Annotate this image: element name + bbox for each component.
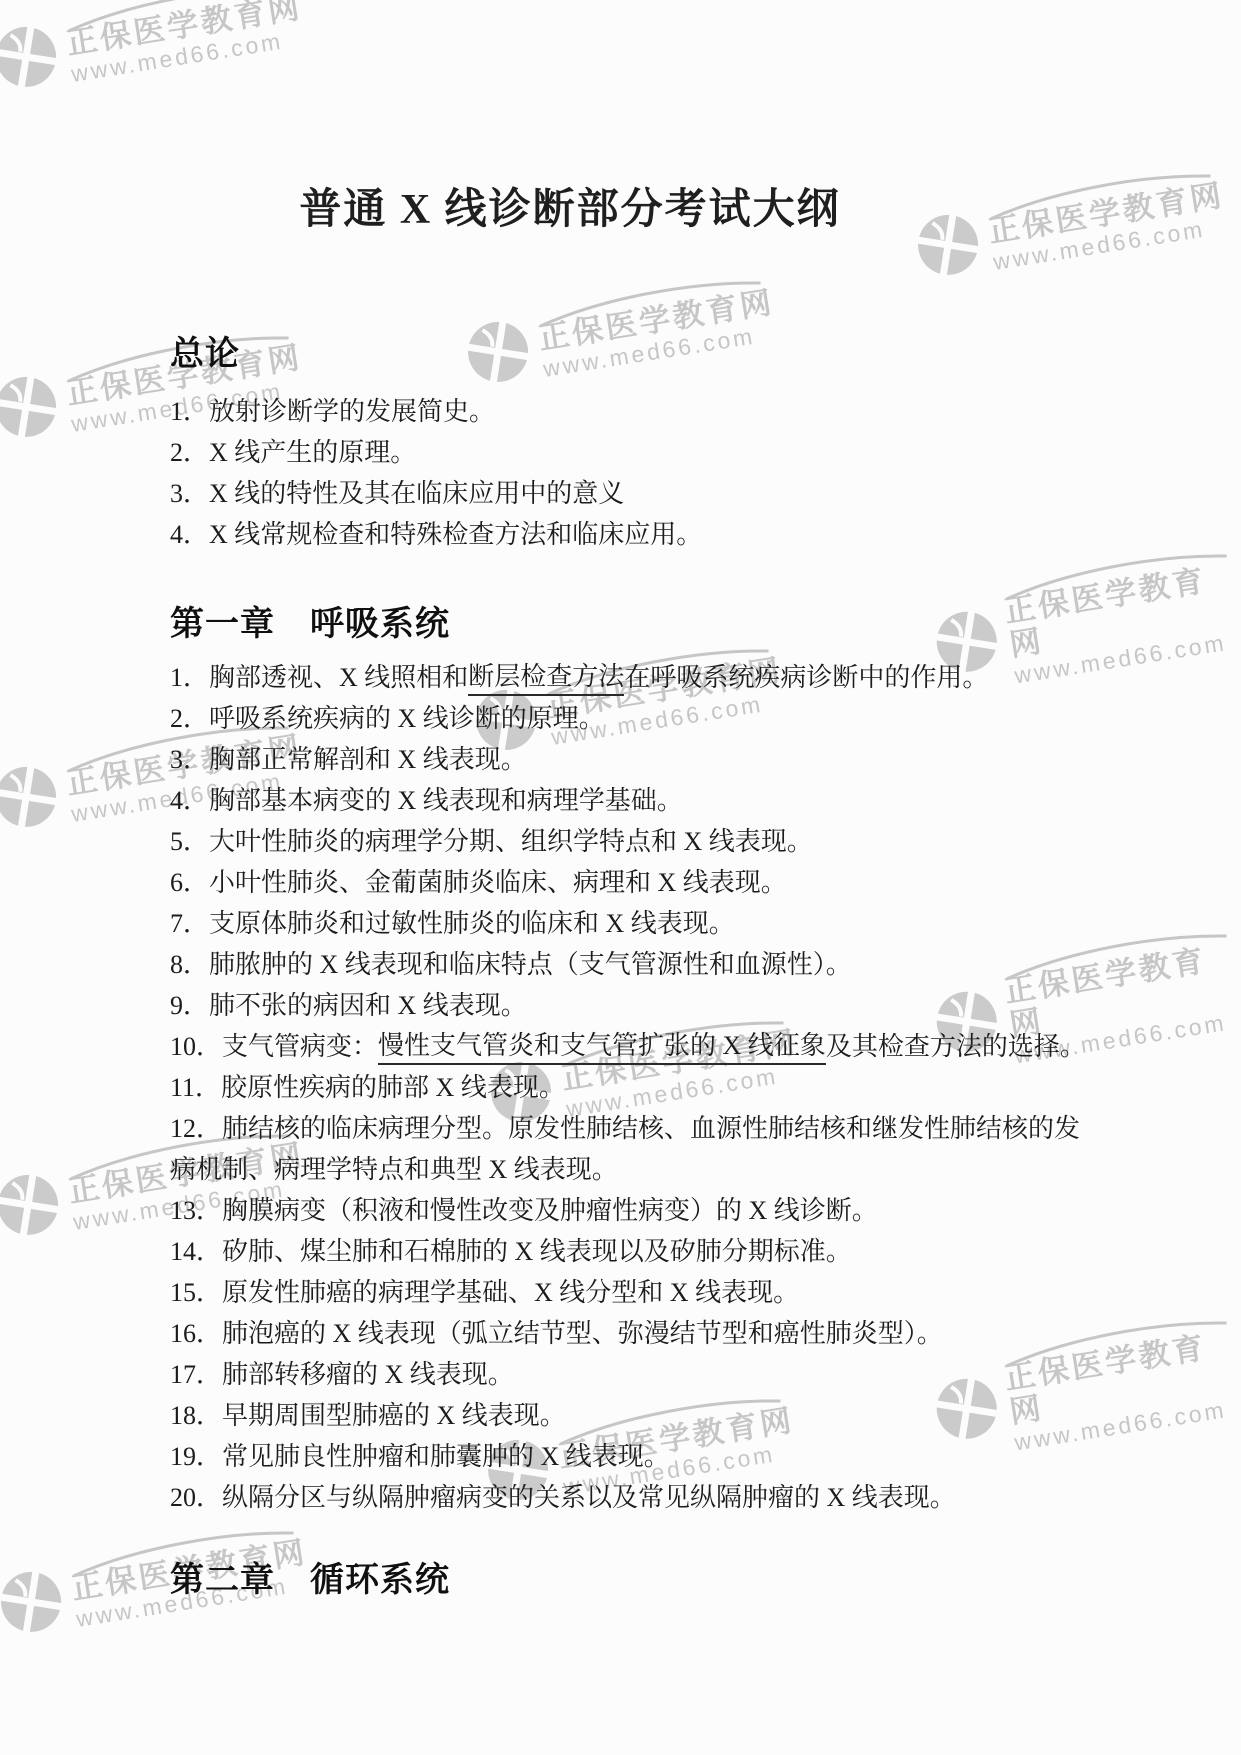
list-line: 13．胸膜病变（积液和慢性改变及肿瘤性病变）的 X 线诊断。 <box>170 1188 1191 1229</box>
section-general: 总论1．放射诊断学的发展简史。2．X 线产生的原理。3． X 线的特性及其在临床… <box>170 326 1191 553</box>
line-number: 3． <box>170 473 209 510</box>
line-number: 17． <box>170 1354 222 1391</box>
line-number: 8． <box>170 944 209 981</box>
line-number: 11． <box>170 1067 221 1104</box>
list-line: 18．早期周围型肺癌的 X 线表现。 <box>170 1393 1191 1434</box>
line-text: 胸膜病变（积液和慢性改变及肿瘤性病变）的 X 线诊断。 <box>222 1190 878 1227</box>
section-heading: 第一章 呼吸系统 <box>170 596 1191 645</box>
list-line: 4．胸部基本病变的 X 线表现和病理学基础。 <box>170 778 1191 819</box>
list-line: 1．胸部透视、X 线照相和断层检查方法在呼吸系统疾病诊断中的作用。 <box>170 655 1191 696</box>
line-text: 胶原性疾病的肺部 X 线表现。 <box>221 1067 565 1104</box>
line-number: 12． <box>170 1108 222 1145</box>
underlined-text: 慢性支气管炎和支气管扩张的 X 线征象 <box>378 1025 826 1065</box>
line-text: X 线产生的原理。 <box>209 432 416 469</box>
list-line: 20．纵隔分区与纵隔肿瘤病变的关系以及常见纵隔肿瘤的 X 线表现。 <box>170 1475 1191 1516</box>
list-line: 10．支气管病变：慢性支气管炎和支气管扩张的 X 线征象及其检查方法的选择。 <box>170 1024 1191 1065</box>
document-page: 正保医学教育网www.med66.com正保医学教育网www.med66.com… <box>0 0 1241 1755</box>
line-number: 15． <box>170 1272 222 1309</box>
line-number: 2． <box>170 698 209 735</box>
list-line: 2．呼吸系统疾病的 X 线诊断的原理。 <box>170 696 1191 737</box>
line-number: 19． <box>170 1436 222 1473</box>
line-text: 放射诊断学的发展简史。 <box>209 391 495 428</box>
list-line: 病机制、病理学特点和典型 X 线表现。 <box>170 1147 1191 1188</box>
line-text: 肺不张的病因和 X 线表现。 <box>209 985 527 1022</box>
line-number: 1． <box>170 657 209 694</box>
line-text: 在呼吸系统疾病诊断中的作用。 <box>624 657 988 694</box>
line-text: 呼吸系统疾病的 X 线诊断的原理。 <box>209 698 605 735</box>
line-text: 纵隔分区与纵隔肿瘤病变的关系以及常见纵隔肿瘤的 X 线表现。 <box>222 1477 956 1514</box>
section-heading: 总论 <box>170 326 1191 375</box>
line-number: 13． <box>170 1190 222 1227</box>
line-number: 1． <box>170 391 209 428</box>
list-line: 3．胸部正常解剖和 X 线表现。 <box>170 737 1191 778</box>
line-text: 肺结核的临床病理分型。原发性肺结核、血源性肺结核和继发性肺结核的发 <box>222 1108 1080 1145</box>
line-number: 7． <box>170 903 209 940</box>
line-number: 18． <box>170 1395 222 1432</box>
line-number: 10． <box>170 1026 222 1063</box>
list-line: 12．肺结核的临床病理分型。原发性肺结核、血源性肺结核和继发性肺结核的发 <box>170 1106 1191 1147</box>
list-line: 8．肺脓肿的 X 线表现和临床特点（支气管源性和血源性）。 <box>170 942 1191 983</box>
list-line: 4．X 线常规检查和特殊检查方法和临床应用。 <box>170 512 1191 553</box>
section-chapter-2: 第二章 循环系统 <box>170 1552 1191 1615</box>
list-line: 19．常见肺良性肿瘤和肺囊肿的 X 线表现。 <box>170 1434 1191 1475</box>
list-line: 7．支原体肺炎和过敏性肺炎的临床和 X 线表现。 <box>170 901 1191 942</box>
line-text: 病机制、病理学特点和典型 X 线表现。 <box>170 1149 618 1186</box>
document-body: 总论1．放射诊断学的发展简史。2．X 线产生的原理。3． X 线的特性及其在临床… <box>0 0 1241 1755</box>
list-line: 11．胶原性疾病的肺部 X 线表现。 <box>170 1065 1191 1106</box>
line-number: 4． <box>170 780 209 817</box>
line-text: 支气管病变： <box>222 1026 378 1063</box>
line-text: 肺泡癌的 X 线表现（弧立结节型、弥漫结节型和癌性肺炎型）。 <box>222 1313 943 1350</box>
line-text: 及其检查方法的选择。 <box>826 1026 1086 1063</box>
line-text: 支原体肺炎和过敏性肺炎的临床和 X 线表现。 <box>209 903 735 940</box>
line-number: 4． <box>170 514 209 551</box>
section-heading: 第二章 循环系统 <box>170 1552 1191 1601</box>
line-text: X 线常规检查和特殊检查方法和临床应用。 <box>209 514 702 551</box>
line-number: 3． <box>170 739 209 776</box>
section-chapter-1: 第一章 呼吸系统1．胸部透视、X 线照相和断层检查方法在呼吸系统疾病诊断中的作用… <box>170 596 1191 1516</box>
list-line: 14．矽肺、煤尘肺和石棉肺的 X 线表现以及矽肺分期标准。 <box>170 1229 1191 1270</box>
list-line: 2．X 线产生的原理。 <box>170 430 1191 471</box>
line-number: 20． <box>170 1477 222 1514</box>
line-text: X 线的特性及其在临床应用中的意义 <box>209 473 624 510</box>
line-number: 6． <box>170 862 209 899</box>
list-line: 3． X 线的特性及其在临床应用中的意义 <box>170 471 1191 512</box>
line-text: 肺脓肿的 X 线表现和临床特点（支气管源性和血源性）。 <box>209 944 852 981</box>
line-number: 16． <box>170 1313 222 1350</box>
line-number: 9． <box>170 985 209 1022</box>
line-text: 胸部基本病变的 X 线表现和病理学基础。 <box>209 780 683 817</box>
line-text: 原发性肺癌的病理学基础、X 线分型和 X 线表现。 <box>222 1272 799 1309</box>
list-line: 5．大叶性肺炎的病理学分期、组织学特点和 X 线表现。 <box>170 819 1191 860</box>
list-line: 9．肺不张的病因和 X 线表现。 <box>170 983 1191 1024</box>
list-line: 6．小叶性肺炎、金葡菌肺炎临床、病理和 X 线表现。 <box>170 860 1191 901</box>
list-line: 16．肺泡癌的 X 线表现（弧立结节型、弥漫结节型和癌性肺炎型）。 <box>170 1311 1191 1352</box>
line-text: 小叶性肺炎、金葡菌肺炎临床、病理和 X 线表现。 <box>209 862 787 899</box>
list-line: 15．原发性肺癌的病理学基础、X 线分型和 X 线表现。 <box>170 1270 1191 1311</box>
line-text: 早期周围型肺癌的 X 线表现。 <box>222 1395 566 1432</box>
line-number: 5． <box>170 821 209 858</box>
line-text: 常见肺良性肿瘤和肺囊肿的 X 线表现。 <box>222 1436 670 1473</box>
line-number: 14． <box>170 1231 222 1268</box>
line-text: 肺部转移瘤的 X 线表现。 <box>222 1354 514 1391</box>
line-text: 大叶性肺炎的病理学分期、组织学特点和 X 线表现。 <box>209 821 813 858</box>
line-text: 矽肺、煤尘肺和石棉肺的 X 线表现以及矽肺分期标准。 <box>222 1231 852 1268</box>
list-line: 1．放射诊断学的发展简史。 <box>170 389 1191 430</box>
line-text: 胸部正常解剖和 X 线表现。 <box>209 739 527 776</box>
line-number: 2． <box>170 432 209 469</box>
line-text: 胸部透视、X 线照相和 <box>209 657 468 694</box>
list-line: 17．肺部转移瘤的 X 线表现。 <box>170 1352 1191 1393</box>
section-lines: 1．放射诊断学的发展简史。2．X 线产生的原理。3． X 线的特性及其在临床应用… <box>170 389 1191 553</box>
underlined-text: 断层检查方法 <box>468 656 624 696</box>
section-lines: 1．胸部透视、X 线照相和断层检查方法在呼吸系统疾病诊断中的作用。2．呼吸系统疾… <box>170 655 1191 1516</box>
